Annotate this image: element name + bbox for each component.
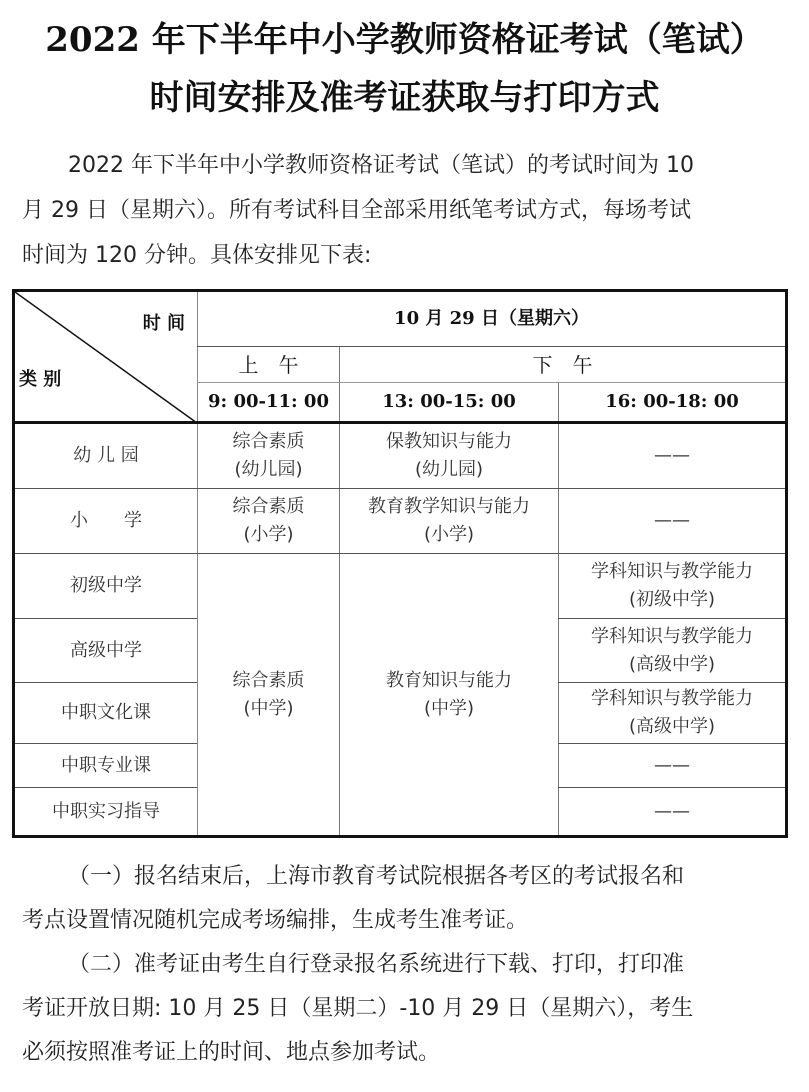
- table-row-vocational-culture-category: 中职文化课: [15, 683, 197, 743]
- table-row-senior-category: 高级中学: [15, 619, 197, 682]
- merged-secondary-slot1: 综合素质 (中学): [198, 554, 339, 835]
- corner-category-label: 类 别: [19, 362, 99, 398]
- table-row-vocational-internship-slot3: ——: [559, 788, 785, 835]
- note-1-line-2: 考点设置情况随机完成考场编排，生成考生准考证。: [22, 899, 786, 943]
- table-row-junior-slot3: 学科知识与教学能力 (初级中学): [559, 554, 785, 618]
- table-row-senior-slot3: 学科知识与教学能力 (高级中学): [559, 619, 785, 682]
- page-title-line-1: 2022 年下半年中小学教师资格证考试（笔试）: [0, 12, 809, 61]
- table-row-vocational-professional-category: 中职专业课: [15, 744, 197, 787]
- morning-header: 上 午: [198, 347, 339, 382]
- note-1-line-1: （一）报名结束后，上海市教育考试院根据各考区的考试报名和: [22, 855, 786, 899]
- table-row-junior-category: 初级中学: [15, 554, 197, 618]
- intro-line-3: 时间为 120 分钟。具体安排见下表:: [22, 233, 786, 278]
- merged-secondary-slot2: 教育知识与能力 (中学): [340, 554, 558, 835]
- intro-line-1: 2022 年下半年中小学教师资格证考试（笔试）的考试时间为 10: [22, 143, 786, 188]
- page-title-line-2: 时间安排及准考证获取与打印方式: [0, 70, 809, 119]
- intro-paragraph: 2022 年下半年中小学教师资格证考试（笔试）的考试时间为 10 月 29 日（…: [22, 143, 786, 278]
- slot-header-2: 13: 00-15: 00: [340, 383, 558, 421]
- note-2-line-1: （二）准考证由考生自行登录报名系统进行下载、打印，打印准: [22, 943, 786, 987]
- slot-header-1: 9: 00-11: 00: [198, 383, 339, 421]
- note-2-line-3: 必须按照准考证上的时间、地点参加考试。: [22, 1031, 786, 1075]
- table-row-primary-slot2: 教育教学知识与能力 (小学): [340, 489, 558, 553]
- table-row-kindergarten-slot1: 综合素质 (幼儿园): [198, 424, 339, 488]
- intro-line-2: 月 29 日（星期六）。所有考试科目全部采用纸笔考试方式，每场考试: [22, 188, 786, 233]
- table-row-primary-slot1: 综合素质 (小学): [198, 489, 339, 553]
- table-row-primary-category: 小 学: [15, 489, 197, 553]
- corner-time-label: 时 间: [95, 306, 185, 342]
- notes-section: （一）报名结束后，上海市教育考试院根据各考区的考试报名和 考点设置情况随机完成考…: [22, 855, 786, 1075]
- table-row-vocational-internship-category: 中职实习指导: [15, 788, 197, 835]
- exam-schedule-table: 时 间 类 别 10 月 29 日（星期六） 上 午 下 午 9: 00-11:…: [12, 289, 788, 838]
- table-row-primary-slot3: ——: [559, 489, 785, 553]
- date-header: 10 月 29 日（星期六）: [198, 292, 785, 346]
- afternoon-header: 下 午: [340, 347, 785, 382]
- table-row-vocational-culture-slot3: 学科知识与教学能力 (高级中学): [559, 683, 785, 743]
- table-row-vocational-professional-slot3: ——: [559, 744, 785, 787]
- note-2-line-2: 考证开放日期: 10 月 25 日（星期二）-10 月 29 日（星期六），考生: [22, 987, 786, 1031]
- slot-header-3: 16: 00-18: 00: [559, 383, 785, 421]
- table-row-kindergarten-slot2: 保教知识与能力 (幼儿园): [340, 424, 558, 488]
- table-row-kindergarten-slot3: ——: [559, 424, 785, 488]
- table-row-kindergarten-category: 幼 儿 园: [15, 424, 197, 488]
